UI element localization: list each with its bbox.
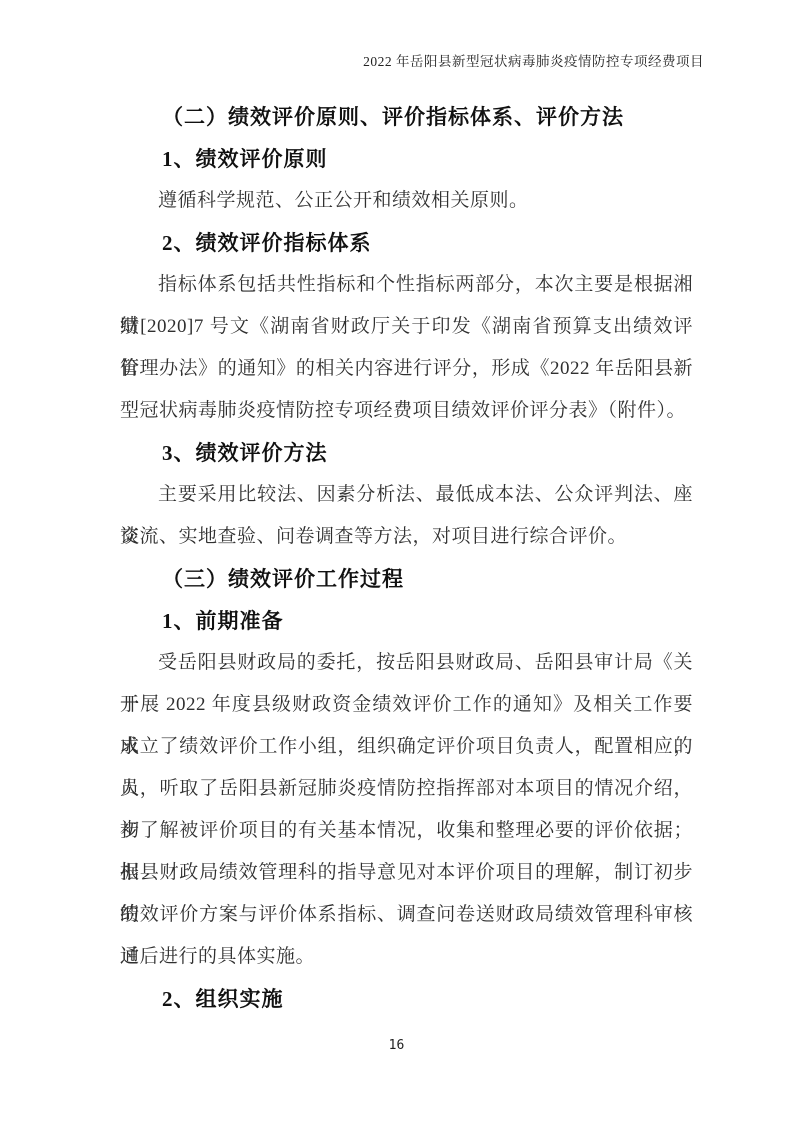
paragraph-line: 据县财政局绩效管理科的指导意见对本评价项目的理解，制订初步的: [120, 852, 693, 894]
page-header: 2022 年岳阳县新型冠状病毒肺炎疫情防控专项经费项目: [0, 52, 704, 72]
paragraph-line: 成立了绩效评价工作小组，组织确定评价项目负责人，配置相应的人: [120, 726, 693, 768]
page-footer: 16: [0, 1036, 793, 1056]
sub-heading: 1、绩效评价原则: [120, 138, 693, 180]
paragraph-line: 开展 2022 年度县级财政资金绩效评价工作的通知》及相关工作要求，: [120, 684, 693, 726]
paragraph-line: 管理办法》的通知》的相关内容进行评分，形成《2022 年岳阳县新: [120, 348, 693, 390]
paragraph-line: 员，听取了岳阳县新冠肺炎疫情防控指挥部对本项目的情况介绍，初: [120, 768, 693, 810]
paragraph: 主要采用比较法、因素分析法、最低成本法、公众评判法、座谈交流、实地查验、问卷调查…: [120, 474, 693, 558]
paragraph-line: 主要采用比较法、因素分析法、最低成本法、公众评判法、座谈: [120, 474, 693, 516]
sub-heading: 1、前期准备: [120, 600, 693, 642]
document-page: 2022 年岳阳县新型冠状病毒肺炎疫情防控专项经费项目 （二）绩效评价原则、评价…: [0, 0, 793, 1122]
paragraph-line: 绩效评价方案与评价体系指标、调查问卷送财政局绩效管理科审核通: [120, 894, 693, 936]
sub-heading: 2、组织实施: [120, 978, 693, 1020]
paragraph-line: 受岳阳县财政局的委托，按岳阳县财政局、岳阳县审计局《关于: [120, 642, 693, 684]
paragraph-line: 遵循科学规范、公正公开和绩效相关原则。: [120, 180, 693, 222]
running-head-title: 2022 年岳阳县新型冠状病毒肺炎疫情防控专项经费项目: [363, 54, 704, 69]
document-body: （二）绩效评价原则、评价指标体系、评价方法1、绩效评价原则遵循科学规范、公正公开…: [120, 96, 693, 1020]
paragraph: 遵循科学规范、公正公开和绩效相关原则。: [120, 180, 693, 222]
paragraph-line: 交流、实地查验、问卷调查等方法，对项目进行综合评价。: [120, 516, 693, 558]
section-heading: （二）绩效评价原则、评价指标体系、评价方法: [120, 96, 693, 138]
paragraph-line: 绩[2020]7 号文《湖南省财政厅关于印发《湖南省预算支出绩效评价: [120, 306, 693, 348]
page-number: 16: [389, 1038, 405, 1053]
paragraph-line: 步了解被评价项目的有关基本情况，收集和整理必要的评价依据；根: [120, 810, 693, 852]
paragraph-line: 型冠状病毒肺炎疫情防控专项经费项目绩效评价评分表》（附件）。: [120, 390, 693, 432]
paragraph-line: 过后进行的具体实施。: [120, 936, 693, 978]
sub-heading: 2、绩效评价指标体系: [120, 222, 693, 264]
paragraph: 指标体系包括共性指标和个性指标两部分，本次主要是根据湘财绩[2020]7 号文《…: [120, 264, 693, 432]
paragraph: 受岳阳县财政局的委托，按岳阳县财政局、岳阳县审计局《关于开展 2022 年度县级…: [120, 642, 693, 978]
paragraph-line: 指标体系包括共性指标和个性指标两部分，本次主要是根据湘财: [120, 264, 693, 306]
section-heading: （三）绩效评价工作过程: [120, 558, 693, 600]
sub-heading: 3、绩效评价方法: [120, 432, 693, 474]
